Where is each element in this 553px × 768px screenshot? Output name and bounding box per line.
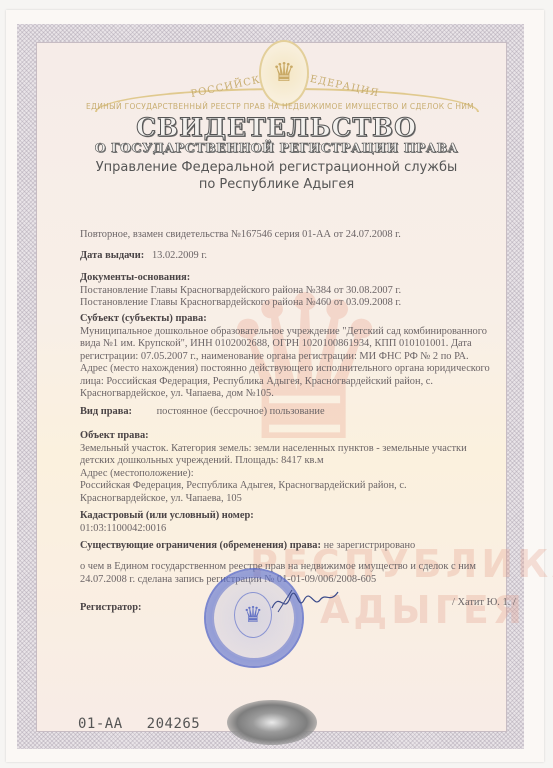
reissue-note: Повторное, взамен свидетельства №167546 … [80, 229, 500, 242]
object-line: Красногвардейское, ул. Чапаева, 105 [80, 493, 500, 506]
registrar-label: Регистратор: [80, 602, 141, 613]
document-title: СВИДЕТЕЛЬСТВО [0, 113, 553, 142]
right-type-value: постоянное (бессрочное) пользование [157, 406, 325, 417]
restrictions: Существующие ограничения (обременения) п… [80, 540, 500, 553]
cadastral-label: Кадастровый (или условный) номер: [80, 510, 500, 523]
documents-label: Документы-основания: [80, 272, 500, 285]
subject-line: Адрес (место нахождения) постоянно дейст… [80, 363, 500, 376]
subject-line: регистрации: 07.05.2007 г., наименование… [80, 351, 500, 364]
object-line: Адрес (местоположение): [80, 468, 500, 481]
restrictions-value: не зарегистрировано [324, 540, 416, 551]
blank-serial-number: 01-АА204265 [78, 716, 224, 732]
restrictions-label: Существующие ограничения (обременения) п… [80, 540, 321, 551]
right-type-label: Вид права: [80, 406, 132, 417]
issue-date-label: Дата выдачи: [80, 250, 144, 261]
seal-eagle-icon: ♛ [234, 592, 272, 638]
subject-line: Красногвардейское, ул. Чапаева, дом №105… [80, 388, 500, 401]
cadastral-section: Кадастровый (или условный) номер: 01:03:… [80, 510, 500, 535]
documents-section: Документы-основания: Постановление Главы… [80, 272, 500, 310]
subject-line: лица: Российская Федерация, Республика А… [80, 376, 500, 389]
subject-line: Муниципальное дошкольное образовательное… [80, 326, 500, 339]
object-line: Российская Федерация, Республика Адыгея,… [80, 480, 500, 493]
subject-label: Субъект (субъекты) права: [80, 313, 500, 326]
document-line: Постановление Главы Красногвардейского р… [80, 285, 500, 298]
object-label: Объект права: [80, 430, 500, 443]
document-subtitle: О ГОСУДАРСТВЕННОЙ РЕГИСТРАЦИИ ПРАВА [0, 140, 553, 155]
object-line: Земельный участок. Категория земель: зем… [80, 443, 500, 456]
signature-icon [270, 586, 340, 616]
registry-note: о чем в Едином государственном реестре п… [80, 561, 500, 586]
serial-number: 204265 [147, 716, 201, 732]
header-ribbon: РОССИЙСКАЯ ФЕДЕРАЦИЯ ♛ ЕДИНЫЙ ГОСУДАРСТВ… [60, 40, 500, 120]
ribbon-caption: ЕДИНЫЙ ГОСУДАРСТВЕННЫЙ РЕЕСТР ПРАВ НА НЕ… [60, 102, 500, 111]
right-type: Вид права: постоянное (бессрочное) польз… [80, 406, 500, 419]
issuing-authority-line1: Управление Федеральной регистрационной с… [0, 160, 553, 175]
subject-line: вида №1 им. Крупской", ИНН 0102002688, О… [80, 338, 500, 351]
subject-section: Субъект (субъекты) права: Муниципальное … [80, 313, 500, 401]
issue-date: Дата выдачи: 13.02.2009 г. [80, 250, 500, 263]
cadastral-number: 01:03:1100042:0016 [80, 523, 500, 536]
registrar-name: / Хатит Ю. 1. / [452, 597, 542, 610]
object-section: Объект права: Земельный участок. Категор… [80, 430, 500, 505]
security-rosette-icon [227, 700, 317, 745]
serial-series: 01-АА [78, 716, 123, 732]
object-line: детских дошкольных учреждений. Площадь: … [80, 455, 500, 468]
official-seal-icon: ♛ [204, 568, 304, 668]
issuing-authority-line2: по Республике Адыгея [0, 177, 553, 192]
document-line: Постановление Главы Красногвардейского р… [80, 297, 500, 310]
issue-date-value: 13.02.2009 г. [152, 250, 207, 261]
coat-of-arms-icon: ♛ [259, 40, 309, 106]
